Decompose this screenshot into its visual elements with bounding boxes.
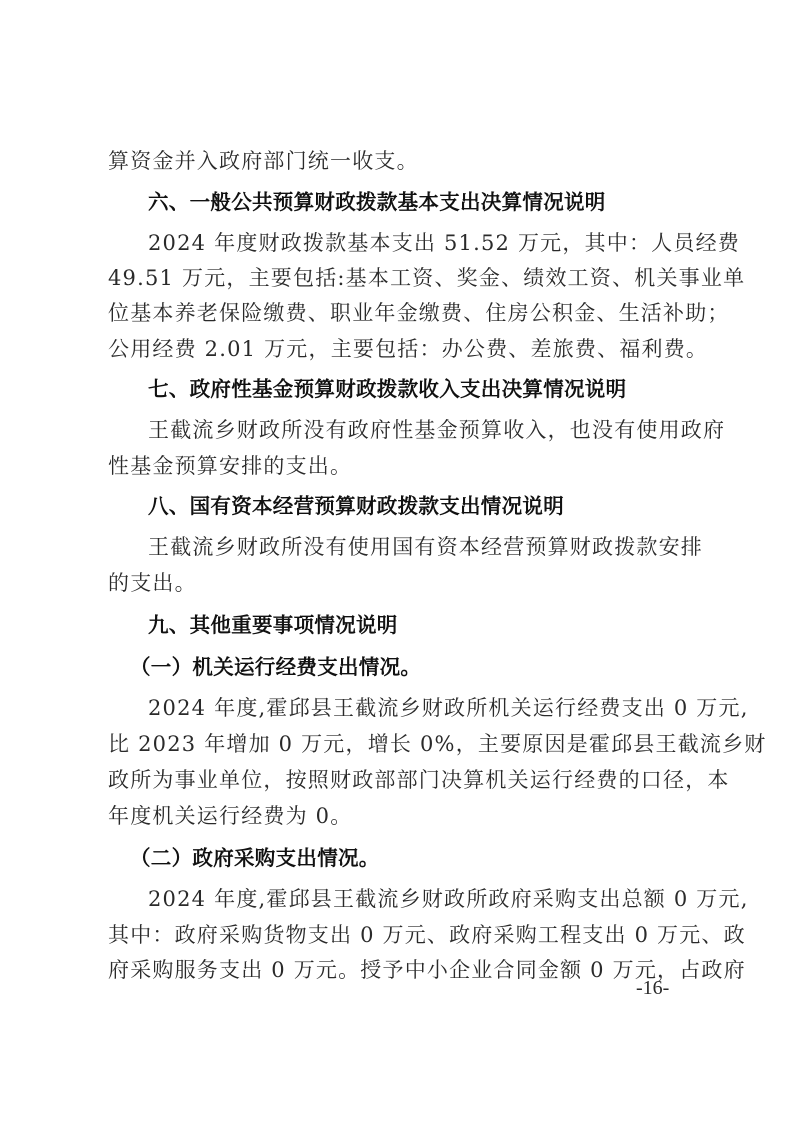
section-heading-6: 六、一般公共预算财政拨款基本支出决算情况说明 (108, 188, 606, 216)
paragraph-line: 公用经费 2.01 万元，主要包括：办公费、差旅费、福利费。 (108, 335, 708, 363)
paragraph-line: 府采购服务支出 0 万元。授予中小企业合同金额 0 万元，占政府 (108, 956, 692, 984)
section-heading-9: 九、其他重要事项情况说明 (108, 611, 398, 639)
paragraph-line: 2024 年度财政拨款基本支出 51.52 万元，其中：人员经费 (108, 229, 692, 257)
paragraph-line: 王截流乡财政所没有政府性基金预算收入，也没有使用政府 (108, 416, 692, 444)
paragraph-line: 比 2023 年增加 0 万元，增长 0%，主要原因是霍邱县王截流乡财 (108, 730, 692, 758)
paragraph-line: 年度机关运行经费为 0。 (108, 802, 352, 830)
subsection-heading-1: （一）机关运行经费支出情况。 (108, 653, 421, 681)
paragraph-line: 政所为事业单位，按照财政部部门决算机关运行经费的口径，本 (108, 766, 692, 794)
section-heading-8: 八、国有资本经营预算财政拨款支出情况说明 (108, 492, 564, 520)
paragraph-line: 王截流乡财政所没有使用国有资本经营预算财政拨款安排 (108, 533, 692, 561)
paragraph-line: 性基金预算安排的支出。 (108, 452, 352, 480)
paragraph-line: 的支出。 (108, 569, 197, 597)
page-number: -16- (636, 976, 669, 1000)
paragraph-line: 算资金并入政府部门统一收支。 (108, 147, 419, 175)
paragraph-line: 位基本养老保险缴费、职业年金缴费、住房公积金、生活补助； (108, 299, 692, 327)
subsection-heading-2: （二）政府采购支出情况。 (108, 844, 380, 872)
paragraph-line: 49.51 万元，主要包括:基本工资、奖金、绩效工资、机关事业单 (108, 264, 692, 292)
section-heading-7: 七、政府性基金预算财政拨款收入支出决算情况说明 (108, 375, 626, 403)
paragraph-line: 2024 年度,霍邱县王截流乡财政所政府采购支出总额 0 万元, (108, 885, 692, 913)
paragraph-line: 2024 年度,霍邱县王截流乡财政所机关运行经费支出 0 万元, (108, 694, 692, 722)
paragraph-line: 其中：政府采购货物支出 0 万元、政府采购工程支出 0 万元、政 (108, 921, 692, 949)
